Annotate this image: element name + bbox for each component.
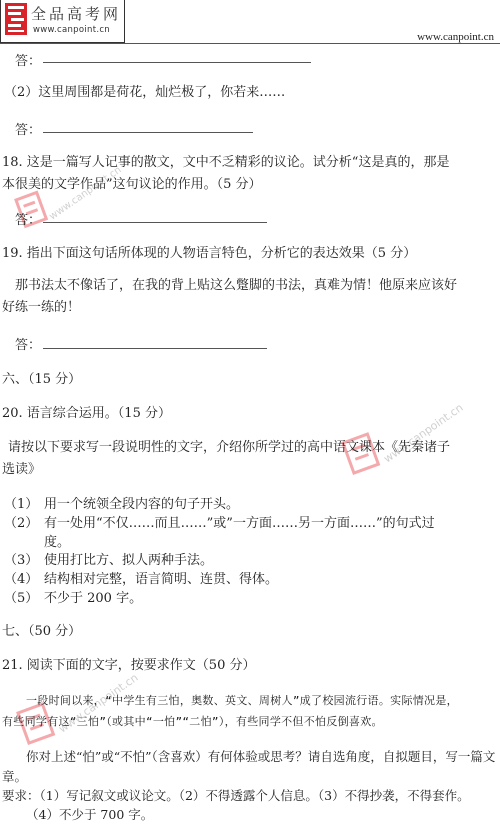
requirement-number: （4） bbox=[4, 572, 38, 588]
q19-text: 19. 指出下面这句话所体现的人物语言特色，分析它的表达效果（5 分） bbox=[2, 246, 416, 262]
requirement-text: 用一个统领全段内容的句子开头。 bbox=[44, 497, 239, 513]
canpoint-logo-icon bbox=[5, 3, 27, 35]
section-6-heading: 六、（15 分） bbox=[2, 372, 81, 388]
logo-url: www.canpoint.cn bbox=[33, 25, 110, 35]
requirement-text: 有一处用“不仅……而且……”或”一方面……另一方面……”的句式过 bbox=[44, 516, 435, 532]
site-logo[interactable]: 全品高考网 www.canpoint.cn bbox=[0, 0, 125, 43]
requirement-text: 度。 bbox=[44, 535, 70, 551]
watermark-icon: www.canpoint.cn bbox=[335, 388, 495, 483]
answer-blank[interactable] bbox=[43, 62, 311, 63]
q18-text: 本很美的文学作品”这句议论的作用。（5 分） bbox=[2, 177, 262, 193]
svg-text:www.canpoint.cn: www.canpoint.cn bbox=[47, 165, 123, 223]
requirement-number: （5） bbox=[4, 591, 38, 607]
q21-requirements: （4）不少于 700 字。 bbox=[26, 807, 153, 823]
q19-quote: 好练一练的！ bbox=[2, 300, 80, 316]
q21-question: 章。 bbox=[2, 769, 27, 785]
q20-text: 20. 语言综合运用。（15 分） bbox=[2, 406, 171, 422]
requirement-text: 不少于 200 字。 bbox=[44, 591, 142, 607]
requirement-number: （2） bbox=[4, 516, 38, 532]
q17-sub2-text: （2）这里周围都是荷花，灿烂极了，你若来…… bbox=[4, 85, 285, 101]
answer-label: 答： bbox=[15, 50, 41, 69]
answer-blank[interactable] bbox=[43, 132, 253, 133]
q21-question: 你对上述“怕”或“不怕”（含喜欢）有何体验或思考？请自选角度，自拟题目，写一篇文 bbox=[26, 749, 495, 765]
q21-material: 有些同学有这“三怕”（或其中“一怕”“二怕”），有些同学不但不怕反倒喜欢。 bbox=[2, 713, 383, 729]
site-url[interactable]: www.canpoint.cn bbox=[417, 31, 494, 43]
q21-material: 一段时间以来，“中学生有三怕，奥数、英文、周树人”成了校园流行语。实际情况是， bbox=[26, 692, 458, 708]
logo-chinese-name: 全品高考网 bbox=[31, 3, 121, 24]
requirement-number: （1） bbox=[4, 497, 38, 513]
requirement-text: 结构相对完整，语言简明、连贯、得体。 bbox=[44, 572, 278, 588]
q20-prompt: 请按以下要求写一段说明性的文字，介绍你所学过的高中语文课本《先秦诸子 bbox=[8, 440, 450, 456]
q19-quote: 那书法太不像话了，在我的背上贴这么蹩脚的书法，真难为情！他原来应该好 bbox=[15, 278, 457, 294]
section-7-heading: 七、（50 分） bbox=[2, 624, 81, 640]
answer-label: 答： bbox=[15, 334, 41, 353]
answer-label: 答： bbox=[15, 209, 41, 228]
answer-blank[interactable] bbox=[43, 348, 267, 349]
q21-requirements: 要求：（1）写记叙文或议论文。（2）不得透露个人信息。（3）不得抄袭，不得套作。 bbox=[2, 788, 470, 804]
answer-label: 答： bbox=[15, 119, 41, 138]
answer-blank[interactable] bbox=[43, 222, 267, 223]
q20-prompt: 选读》 bbox=[2, 462, 41, 478]
q21-text: 21. 阅读下面的文字，按要求作文（50 分） bbox=[2, 658, 255, 674]
header-divider bbox=[0, 43, 500, 44]
q18-text: 18. 这是一篇写人记事的散文，文中不乏精彩的议论。试分析“这是真的，那是 bbox=[2, 155, 449, 171]
requirement-number: （3） bbox=[4, 553, 38, 569]
requirement-text: 使用打比方、拟人两种手法。 bbox=[44, 553, 213, 569]
